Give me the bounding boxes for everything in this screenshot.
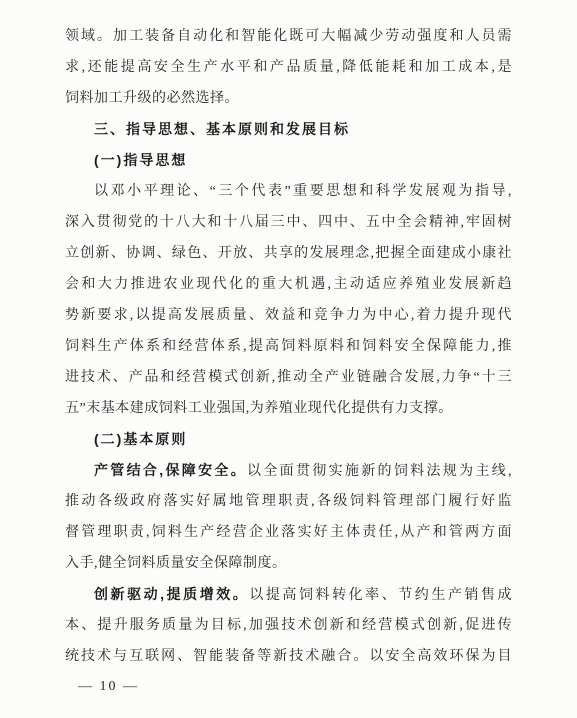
text-segment: 饲料生产体系和经营体系,提高饲料原料和饲料安全保障能力,推 bbox=[65, 339, 512, 354]
text-segment: 本、提升服务质量为目标,加强技术创新和经营模式创新,促进传 bbox=[65, 618, 512, 633]
text-segment: 深入贯彻党的十八大和十八届三中、四中、五中全会精神,牢固树 bbox=[65, 215, 512, 230]
text-line: 本、提升服务质量为目标,加强技术创新和经营模式创新,促进传 bbox=[65, 610, 512, 641]
text-segment: 入手,健全饲料质量安全保障制度。 bbox=[65, 556, 287, 571]
text-segment: 督管理职责,饲料生产经营企业落实好主体责任,从产和管两方面 bbox=[65, 525, 512, 540]
text-segment: 统技术与互联网、智能装备等新技术融合。以安全高效环保为目 bbox=[65, 649, 512, 664]
heading-line: (一)指导思想 bbox=[65, 145, 512, 176]
bold-text-segment: (二)基本原则 bbox=[94, 431, 187, 447]
text-line: 产管结合,保障安全。以全面贯彻实施新的饲料法规为主线, bbox=[65, 455, 512, 486]
text-line: 势新要求,以提高发展质量、效益和竞争力为中心,着力提升现代 bbox=[65, 300, 512, 331]
text-line: 督管理职责,饲料生产经营企业落实好主体责任,从产和管两方面 bbox=[65, 517, 512, 548]
text-line: 五”末基本建成饲料工业强国,为养殖业现代化提供有力支撑。 bbox=[65, 393, 512, 424]
text-segment: 会和大力推进农业现代化的重大机遇,主动适应养殖业发展新趋 bbox=[65, 277, 512, 292]
text-line: 深入贯彻党的十八大和十八届三中、四中、五中全会精神,牢固树 bbox=[65, 207, 512, 238]
text-line: 推动各级政府落实好属地管理职责,各级饲料管理部门履行好监 bbox=[65, 486, 512, 517]
text-line: 统技术与互联网、智能装备等新技术融合。以安全高效环保为目 bbox=[65, 641, 512, 672]
text-line: 创新驱动,提质增效。以提高饲料转化率、节约生产销售成 bbox=[65, 579, 512, 610]
text-line: 求,还能提高安全生产水平和产品质量,降低能耗和加工成本,是 bbox=[65, 52, 512, 83]
text-line: 以邓小平理论、“三个代表”重要思想和科学发展观为指导, bbox=[65, 176, 512, 207]
text-segment: 立创新、协调、绿色、开放、共享的发展理念,把握全面建成小康社 bbox=[65, 246, 512, 261]
text-line: 立创新、协调、绿色、开放、共享的发展理念,把握全面建成小康社 bbox=[65, 238, 512, 269]
text-segment: 势新要求,以提高发展质量、效益和竞争力为中心,着力提升现代 bbox=[65, 308, 512, 323]
heading-line: (二)基本原则 bbox=[65, 424, 512, 455]
bold-text-segment: (一)指导思想 bbox=[94, 152, 187, 168]
text-segment: 推动各级政府落实好属地管理职责,各级饲料管理部门履行好监 bbox=[65, 494, 512, 509]
text-segment: 五”末基本建成饲料工业强国,为养殖业现代化提供有力支撑。 bbox=[65, 401, 453, 416]
text-segment: 饲料加工升级的必然选择。 bbox=[65, 91, 239, 106]
text-segment: 以邓小平理论、“三个代表”重要思想和科学发展观为指导, bbox=[94, 184, 512, 199]
heading-line: 三、指导思想、基本原则和发展目标 bbox=[65, 114, 512, 145]
text-line: 饲料加工升级的必然选择。 bbox=[65, 83, 512, 114]
text-line: 饲料生产体系和经营体系,提高饲料原料和饲料安全保障能力,推 bbox=[65, 331, 512, 362]
bold-text-segment: 产管结合,保障安全。 bbox=[94, 462, 247, 478]
text-segment: 领域。加工装备自动化和智能化既可大幅减少劳动强度和人员需 bbox=[65, 29, 512, 44]
text-segment: 求,还能提高安全生产水平和产品质量,降低能耗和加工成本,是 bbox=[65, 60, 512, 75]
text-line: 入手,健全饲料质量安全保障制度。 bbox=[65, 548, 512, 579]
text-line: 领域。加工装备自动化和智能化既可大幅减少劳动强度和人员需 bbox=[65, 21, 512, 52]
document-page: 领域。加工装备自动化和智能化既可大幅减少劳动强度和人员需求,还能提高安全生产水平… bbox=[0, 0, 577, 718]
page-number: — 10 — bbox=[78, 679, 139, 695]
text-segment: 进技术、产品和经营模式创新,推动全产业链融合发展,力争“十三 bbox=[65, 370, 512, 385]
text-segment: 以全面贯彻实施新的饲料法规为主线, bbox=[247, 464, 512, 479]
text-line: 会和大力推进农业现代化的重大机遇,主动适应养殖业发展新趋 bbox=[65, 269, 512, 300]
text-block: 领域。加工装备自动化和智能化既可大幅减少劳动强度和人员需求,还能提高安全生产水平… bbox=[65, 21, 512, 672]
bold-text-segment: 创新驱动,提质增效。 bbox=[94, 586, 249, 602]
text-line: 进技术、产品和经营模式创新,推动全产业链融合发展,力争“十三 bbox=[65, 362, 512, 393]
bold-text-segment: 三、指导思想、基本原则和发展目标 bbox=[94, 121, 350, 137]
text-segment: 以提高饲料转化率、节约生产销售成 bbox=[249, 588, 512, 603]
